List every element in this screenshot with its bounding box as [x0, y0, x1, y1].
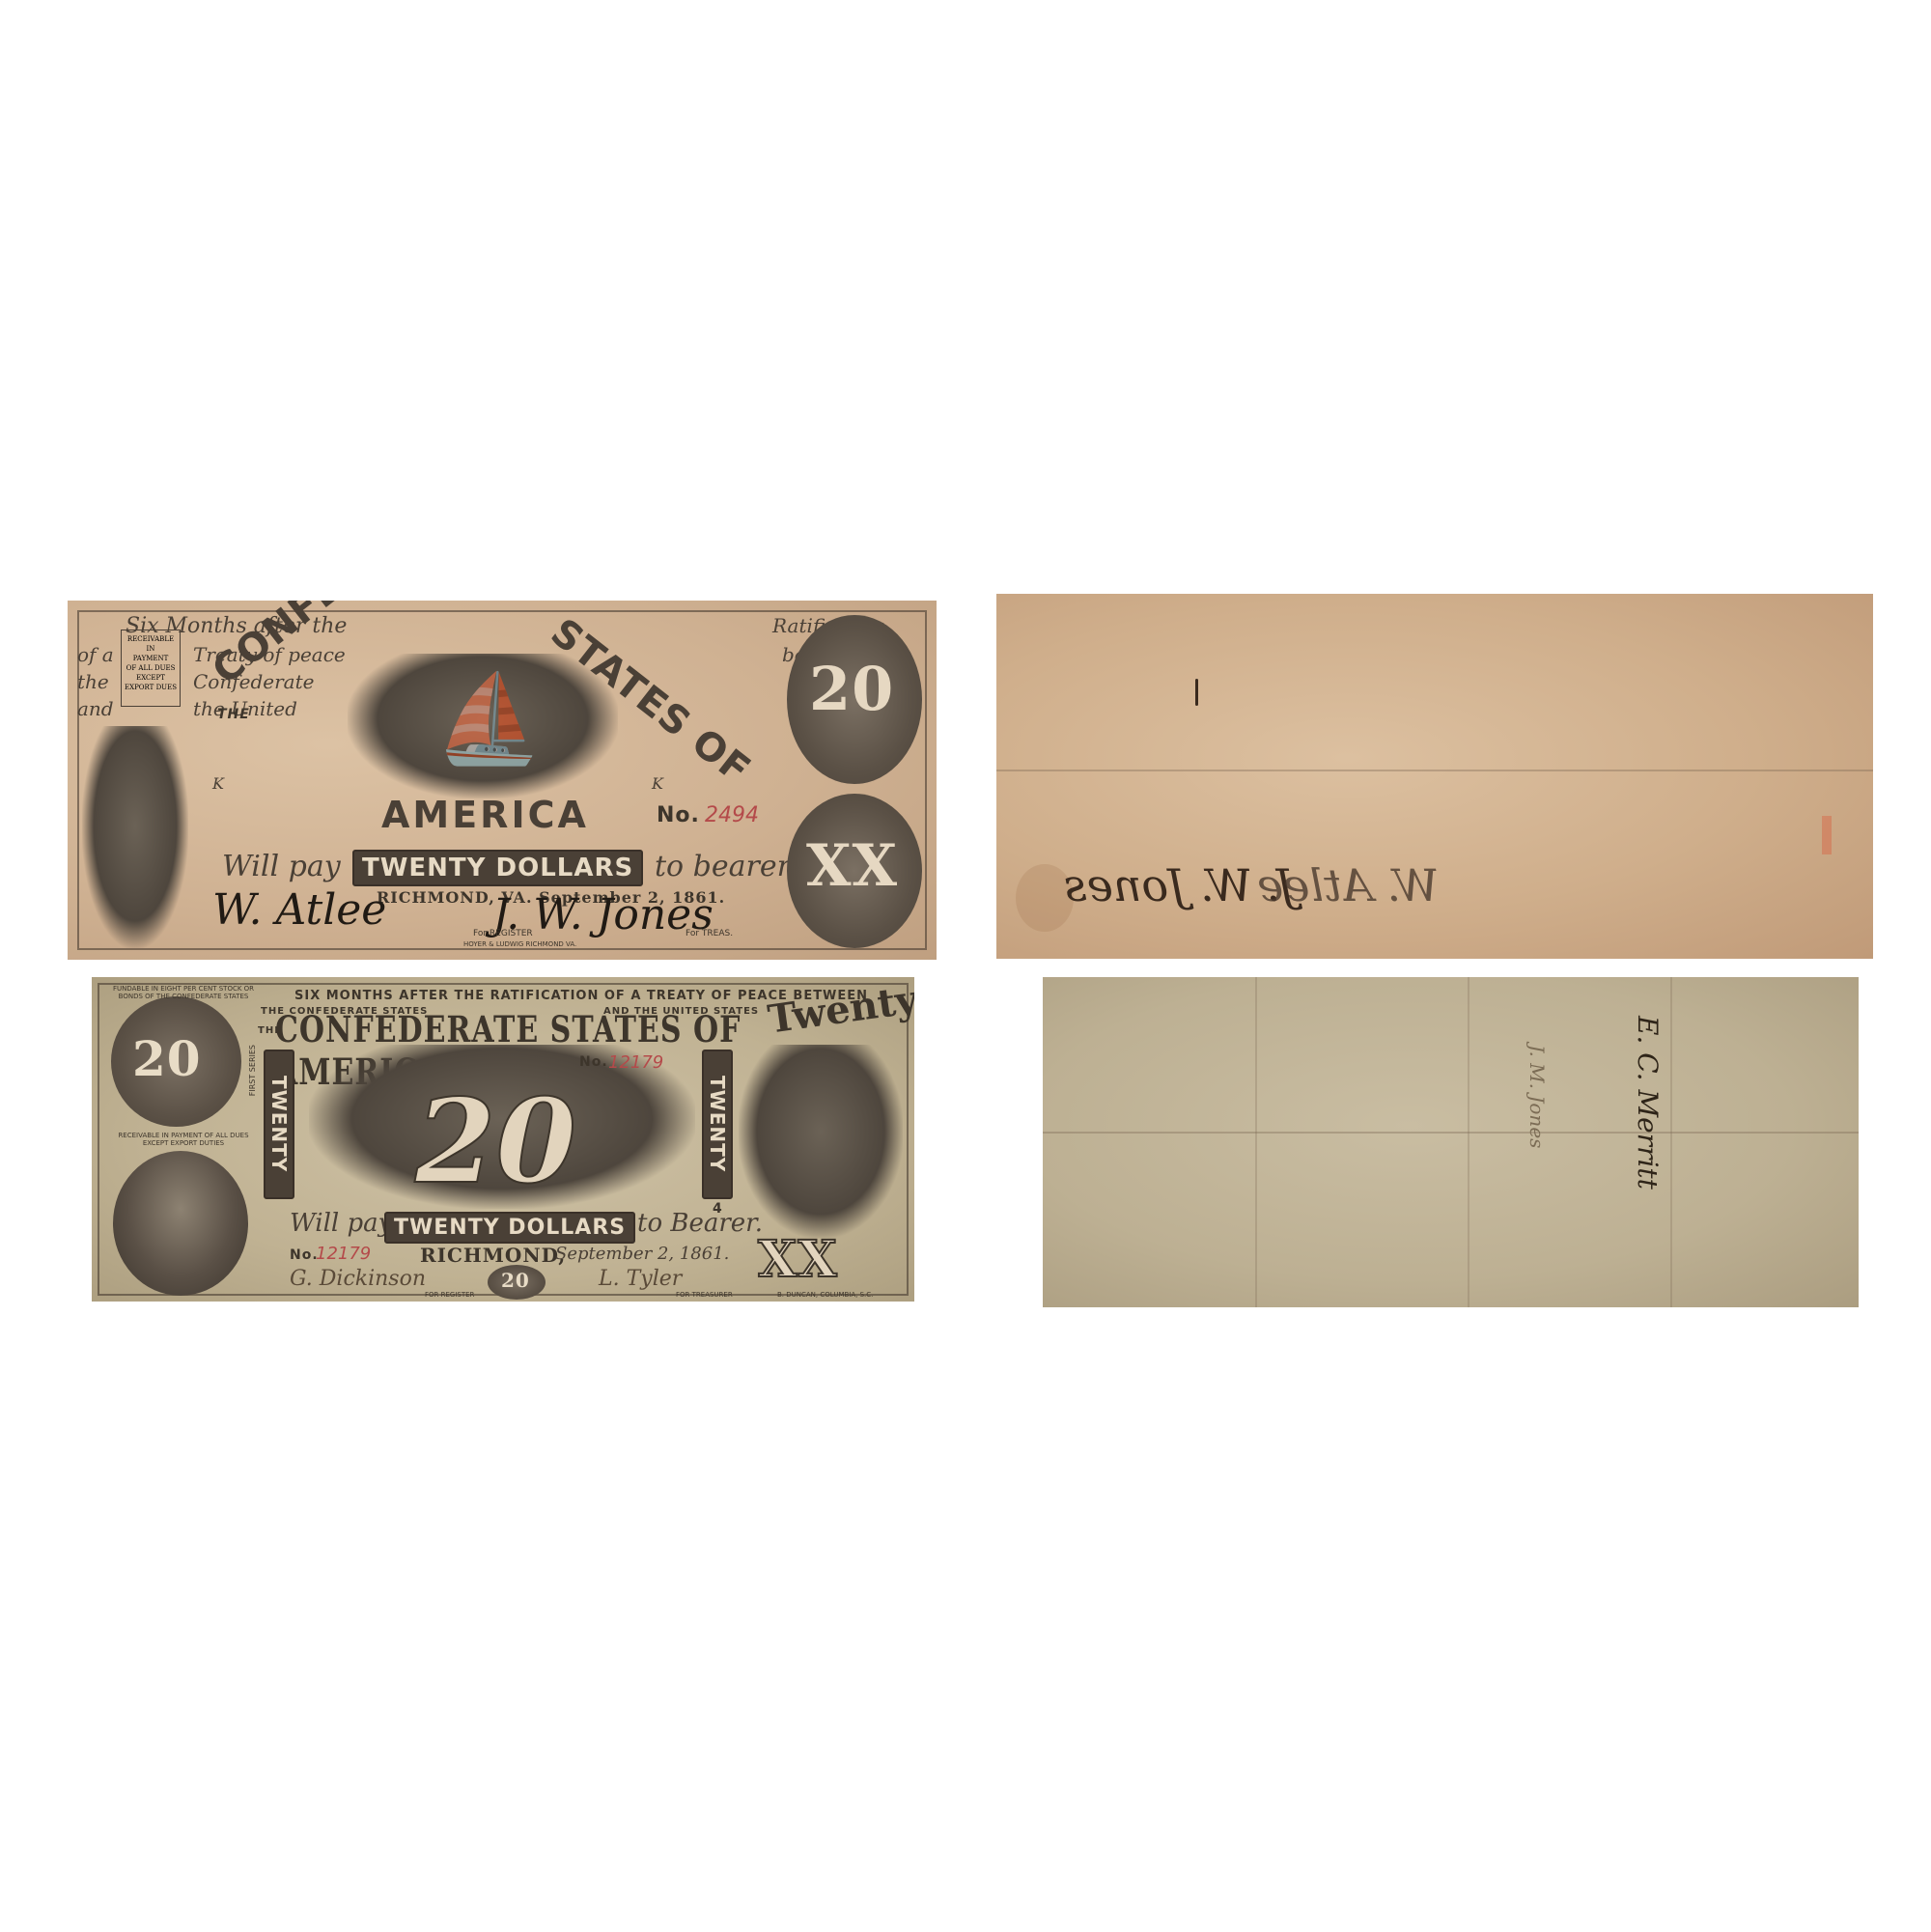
corner-roman: XX [758, 1230, 838, 1289]
signature-register: G. Dickinson [290, 1267, 426, 1291]
ink-mark [1195, 679, 1198, 706]
promise-right: to bearer [655, 850, 791, 883]
denomination-label: TWENTY DOLLARS [384, 1212, 635, 1244]
place: RICHMOND, [420, 1244, 566, 1267]
serial-prefix-bottom: No. [290, 1247, 319, 1263]
promise-left: Will pay [290, 1209, 392, 1238]
sailor-vignette [82, 726, 188, 948]
endorsement: E. C. Merritt [1632, 1016, 1664, 1190]
for-register-label: FOR REGISTER [425, 1291, 474, 1299]
signature-register: W. Atlee [212, 885, 386, 935]
fold-crease [996, 770, 1873, 771]
fold-crease [1670, 977, 1672, 1307]
date: September 2, 1861. [555, 1244, 729, 1264]
for-treasurer-label: For TREAS. [686, 929, 733, 938]
imprint: B. DUNCAN, COLUMBIA, S.C. [777, 1291, 873, 1299]
bottom-value: 20 [501, 1269, 530, 1292]
serial-number-bottom: 12179 [316, 1244, 371, 1264]
red-mark [1822, 816, 1832, 854]
receivable-line: EXPORT DUES [122, 683, 180, 692]
seal-value: 20 [132, 1030, 202, 1087]
header-script-9: and [77, 697, 114, 720]
portrait-oval [113, 1151, 248, 1296]
secondary-inscription: J. M. Jones [1525, 1045, 1549, 1148]
receivable-line: RECEIVABLE [122, 634, 180, 644]
for-register-label: For REGISTER [473, 929, 533, 938]
fold-crease [1255, 977, 1257, 1307]
receivable-shield: RECEIVABLE IN PAYMENT OF ALL DUES EXCEPT… [121, 630, 181, 707]
receivable-line: PAYMENT [122, 654, 180, 663]
imprint: HOYER & LUDWIG RICHMOND VA. [463, 940, 576, 948]
corner-roman: XX [806, 832, 898, 900]
header-script-6: the [77, 670, 109, 693]
title-america: AMERICA [381, 794, 589, 836]
banknote-1-back: J. W. Jones W. Atlee [996, 594, 1873, 959]
signature-treasurer: L. Tyler [599, 1267, 682, 1291]
plate-letter-left: K [212, 774, 224, 793]
header-script-3: of a [77, 643, 114, 666]
female-figure-vignette [739, 1045, 903, 1238]
ship-icon: ⛵ [434, 668, 543, 770]
series-label: FIRST SERIES [248, 1045, 257, 1096]
serial-prefix: No. [657, 803, 700, 827]
fold-crease [1043, 1132, 1859, 1134]
center-value: 20 [415, 1074, 576, 1210]
mirrored-signature-register: W. Atlee [1257, 859, 1440, 911]
serial-number: 2494 [705, 803, 759, 827]
for-treasurer-label: FOR TREASURER [676, 1291, 733, 1299]
seal-text-bottom: RECEIVABLE IN PAYMENT OF ALL DUES EXCEPT… [111, 1132, 256, 1147]
banknote-2-back: E. C. Merritt J. M. Jones [1043, 977, 1859, 1307]
receivable-line: EXCEPT [122, 673, 180, 683]
seal-text-top: FUNDABLE IN EIGHT PER CENT STOCK OR BOND… [111, 985, 256, 1000]
side-panel-left: TWENTY [264, 1050, 294, 1199]
corner-value: 20 [809, 654, 894, 724]
promise-right: to Bearer. [637, 1209, 763, 1238]
plate-letter-right: K [652, 774, 663, 793]
serial-number-top: 12179 [608, 1052, 663, 1073]
the-label: THE [217, 707, 250, 722]
fold-crease [1468, 977, 1469, 1307]
serial-prefix-top: No. [579, 1054, 608, 1070]
side-panel-right: TWENTY [702, 1050, 733, 1199]
denomination-label: TWENTY DOLLARS [352, 850, 643, 886]
banknote-2-front: SIX MONTHS AFTER THE RATIFICATION OF A T… [92, 977, 914, 1302]
banknote-1-front: Six Months after the Ratification of a T… [68, 601, 937, 960]
receivable-line: OF ALL DUES [122, 663, 180, 673]
receivable-line: IN [122, 644, 180, 654]
mirrored-text: W. Atlee [1257, 859, 1440, 911]
promise-left: Will pay [222, 850, 341, 883]
